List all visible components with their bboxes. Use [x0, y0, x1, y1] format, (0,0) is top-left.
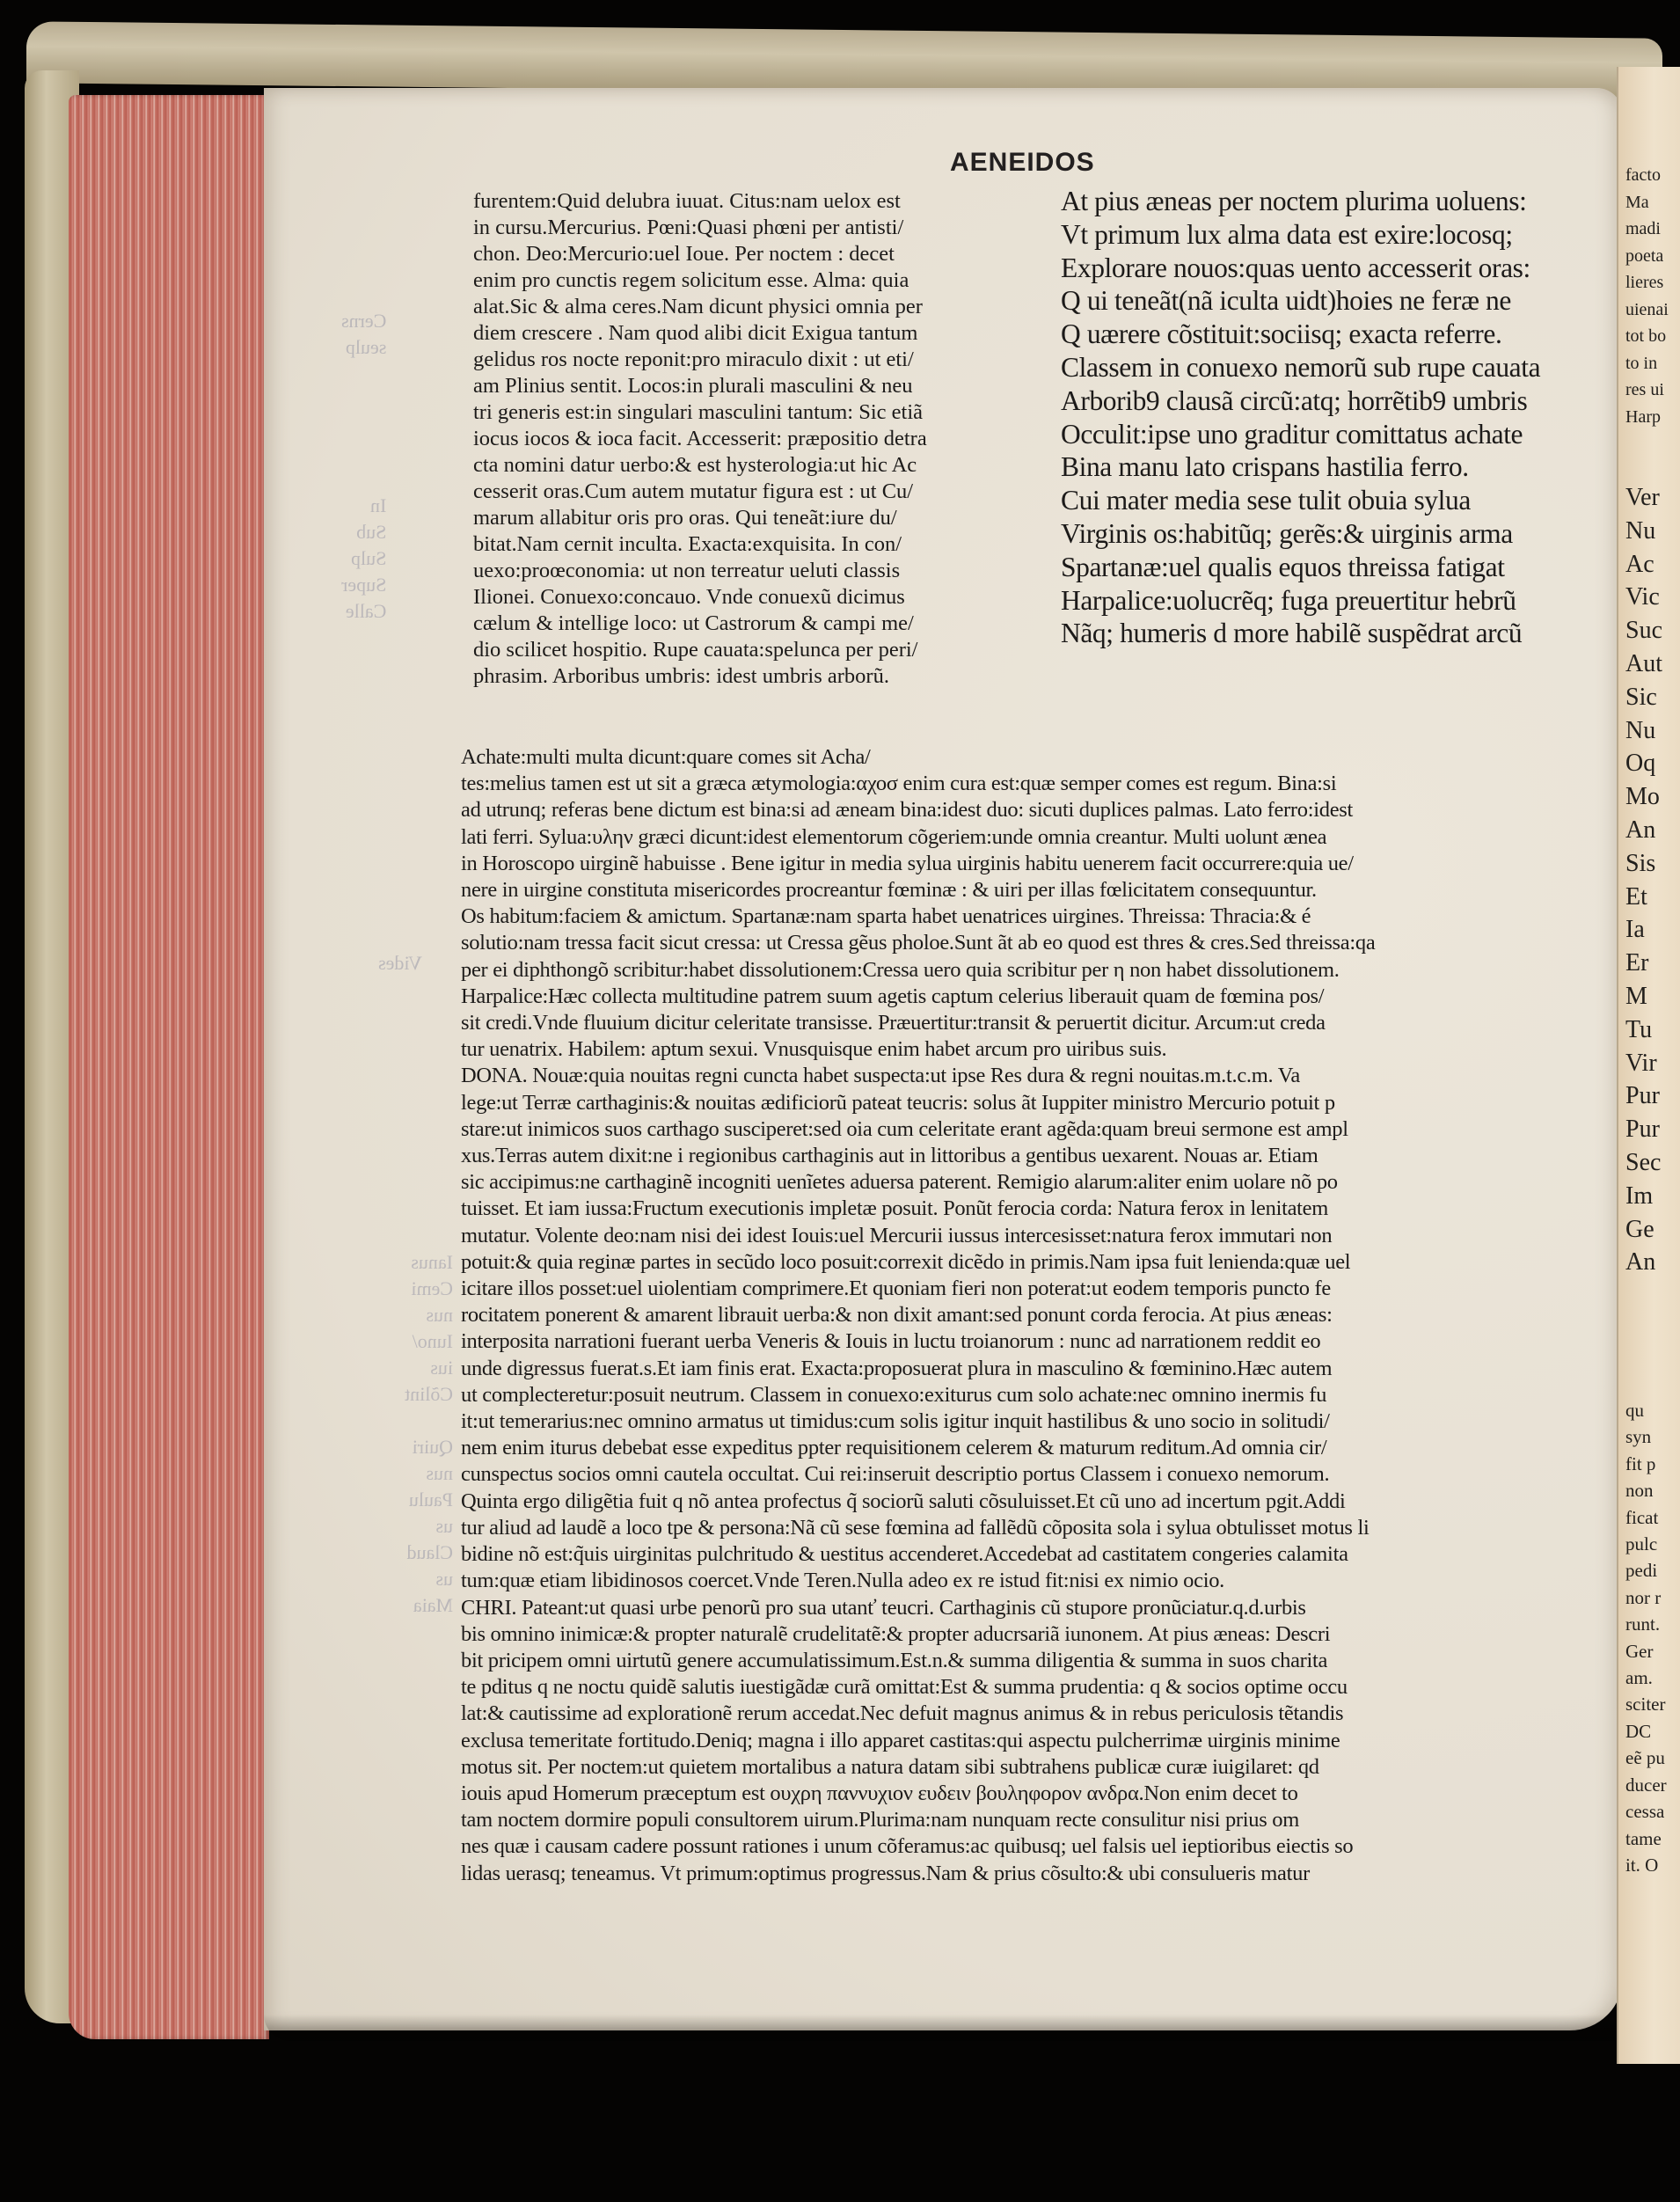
fragment-line: Pur	[1625, 1113, 1662, 1146]
commentary-bottom: Achate:multi multa dicunt:quare comes si…	[461, 744, 1622, 1887]
fragment-line: Ger	[1625, 1638, 1667, 1664]
facing-page-fragments-bottom: qu syn fit p non ficat pulc pedi nor r r…	[1625, 1397, 1667, 1878]
commentary-line: tuisset. Et iam iussa:Fructum executioni…	[461, 1196, 1622, 1222]
verse-line: Q ui teneãt(nã iculta uidt)hoies ne feræ…	[1061, 284, 1624, 318]
fragment-line: runt.	[1625, 1611, 1667, 1637]
fragment-line: it. O	[1625, 1852, 1667, 1878]
fragment-line: Ge	[1625, 1213, 1662, 1247]
fragment-line: lieres	[1625, 269, 1669, 296]
commentary-line: xus.Terras autem dixit:ne i regionibus c…	[461, 1143, 1622, 1169]
fragment-line: Harp	[1625, 404, 1669, 431]
fragment-line: Ia	[1625, 913, 1662, 947]
commentary-line: bis omnino inimicæ:& propter naturalẽ cr…	[461, 1621, 1622, 1648]
verse-line: Nãq; humeris d more habilẽ suspẽdrat arc…	[1061, 617, 1624, 650]
fragment-line: An	[1625, 814, 1662, 847]
commentary-line: te pditus q ne noctu quidẽ salutis iuest…	[461, 1674, 1622, 1701]
verse-line: At pius æneas per noctem plurima uoluens…	[1061, 185, 1624, 218]
fragment-line: facto	[1625, 162, 1669, 189]
fragment-line: am.	[1625, 1664, 1667, 1691]
red-page-edges	[69, 95, 269, 2039]
fragment-line: Mo	[1625, 780, 1662, 814]
commentary-line: nem enim iturus debebat esse expeditus p…	[461, 1435, 1622, 1461]
commentary-line: dio scilicet hospitio. Rupe cauata:spelu…	[473, 637, 1071, 663]
show-through-bottom: Ianus Cemi nus Iuno/ ius Cõlint Quiri nu…	[405, 1249, 453, 1619]
commentary-line: iocus iocos & ioca facit. Accesserit: pr…	[473, 426, 1071, 452]
fragment-line: tot bo	[1625, 323, 1669, 350]
commentary-line: solutio:nam tressa facit sicut cressa: u…	[461, 930, 1622, 956]
commentary-line: Harpalice:Hæc collecta multitudine patre…	[461, 984, 1622, 1010]
show-through-mid: Vides	[378, 950, 422, 977]
ghost-line: Iuno/	[405, 1328, 453, 1355]
ghost-line: seulp	[341, 334, 386, 361]
commentary-line: motus sit. Per noctem:ut quietem mortali…	[461, 1754, 1622, 1781]
fragment-line: Vic	[1625, 581, 1662, 614]
fragment-line: pulc	[1625, 1531, 1667, 1557]
fragment-line: Nu	[1625, 515, 1662, 548]
ghost-line: Sub	[341, 519, 386, 545]
commentary-line: marum allabitur oris pro oras. Qui teneã…	[473, 505, 1071, 531]
commentary-line: lati ferri. Sylua:υλην græci dicunt:ides…	[461, 824, 1622, 851]
ghost-line: Cõlint	[405, 1381, 453, 1408]
fragment-line: Ver	[1625, 481, 1662, 515]
commentary-line: stare:ut inimicos suos carthago susciper…	[461, 1116, 1622, 1143]
commentary-line: alat.Sic & alma ceres.Nam dicunt physici…	[473, 294, 1071, 320]
fragment-line: to in	[1625, 350, 1669, 377]
commentary-line: Quinta ergo diligẽtia fuit q nõ antea pr…	[461, 1489, 1622, 1515]
verse-line: Vt primum lux alma data est exire:locosq…	[1061, 218, 1624, 252]
commentary-line: in Horoscopo uirginẽ habuisse . Bene igi…	[461, 851, 1622, 877]
commentary-line: lege:ut Terræ carthaginis:& nouitas ædif…	[461, 1090, 1622, 1116]
fragment-line: pedi	[1625, 1557, 1667, 1584]
commentary-line: interposita narrationi fuerant uerba Ven…	[461, 1328, 1622, 1355]
fragment-line: ficat	[1625, 1504, 1667, 1531]
facing-page-fragments-top: facto Ma madi poeta lieres uienai tot bo…	[1625, 162, 1669, 430]
verse-line: Spartanæ:uel qualis equos threissa fatig…	[1061, 551, 1624, 584]
fragment-line: fit p	[1625, 1451, 1667, 1477]
commentary-line: Ilionei. Conuexo:concauo. Vnde conuexũ d…	[473, 584, 1071, 611]
show-through-top: Cerns seulp In Sub Sulp Super Calle	[341, 308, 386, 625]
ghost-line: Calle	[341, 598, 386, 625]
ghost-line: us	[405, 1566, 453, 1592]
ghost-line: Cemi	[405, 1276, 453, 1302]
ghost-line: Paulu	[405, 1487, 453, 1513]
ghost-line	[341, 413, 386, 440]
ghost-line: Sulp	[341, 545, 386, 572]
fragment-line: Sis	[1625, 847, 1662, 881]
fragment-line: uienai	[1625, 296, 1669, 324]
fragment-line: res ui	[1625, 377, 1669, 404]
fragment-line: Ma	[1625, 189, 1669, 216]
fragment-line: Suc	[1625, 614, 1662, 647]
ghost-line	[341, 440, 386, 466]
commentary-line: furentem:Quid delubra iuuat. Citus:nam u…	[473, 188, 1071, 215]
fragment-line: Tu	[1625, 1013, 1662, 1047]
fragment-line: Sec	[1625, 1146, 1662, 1180]
commentary-line: bit pricipem omni uirtutũ genere accumul…	[461, 1648, 1622, 1674]
commentary-line: cesserit oras.Cum autem mutatur figura e…	[473, 479, 1071, 505]
commentary-line: tur aliud ad laudẽ a loco tpe & persona:…	[461, 1515, 1622, 1541]
commentary-line: phrasim. Arboribus umbris: idest umbris …	[473, 663, 1071, 690]
ghost-line: In	[341, 493, 386, 519]
commentary-line: tes:melius tamen est ut sit a græca ætym…	[461, 771, 1622, 797]
commentary-line: bidine nõ est:q̃uis uirginitas pulchritu…	[461, 1541, 1622, 1568]
verse-line: Virginis os:habitũq; gerẽs:& uirginis ar…	[1061, 517, 1624, 551]
fragment-line: DC	[1625, 1718, 1667, 1745]
fragment-line: ducer	[1625, 1772, 1667, 1798]
commentary-line: chon. Deo:Mercurio:uel Ioue. Per noctem …	[473, 241, 1071, 267]
commentary-line: bitat.Nam cernit inculta. Exacta:exquisi…	[473, 531, 1071, 558]
verse-line: Q uærere cõstituit:sociisq; exacta refer…	[1061, 318, 1624, 351]
commentary-line: am Plinius sentit. Locos:in plurali masc…	[473, 373, 1071, 399]
ghost-line: Super	[341, 572, 386, 598]
commentary-line: potuit:& quia reginæ partes in secũdo lo…	[461, 1249, 1622, 1276]
commentary-line: lat:& cautissime ad explorationẽ rerum a…	[461, 1701, 1622, 1727]
commentary-line: icitare illos posset:uel uiolentiam comp…	[461, 1276, 1622, 1302]
fragment-line: poeta	[1625, 243, 1669, 270]
verse-line: Bina manu lato crispans hastilia ferro.	[1061, 450, 1624, 484]
commentary-line: DONA. Nouæ:quia nouitas regni cuncta hab…	[461, 1063, 1622, 1089]
commentary-line: tur uenatrix. Habilem: aptum sexui. Vnus…	[461, 1036, 1622, 1063]
commentary-line: iouis apud Homerum præceptum est ουχρη π…	[461, 1781, 1622, 1807]
commentary-line: ut complecteretur:posuit neutrum. Classe…	[461, 1382, 1622, 1408]
fragment-line: An	[1625, 1246, 1662, 1279]
commentary-line: exclusa temeritate fortitudo.Deniq; magn…	[461, 1728, 1622, 1754]
commentary-line: rocitatem ponerent & amarent librauit ue…	[461, 1302, 1622, 1328]
running-head: AENEIDOS	[950, 148, 1095, 178]
commentary-line: tri generis est:in singulari masculini t…	[473, 399, 1071, 426]
verse-line: Harpalice:uolucrẽq; fuga preuertitur heb…	[1061, 584, 1624, 618]
ghost-line: Cerns	[341, 308, 386, 334]
fragment-line: madi	[1625, 216, 1669, 243]
ghost-line	[405, 1408, 453, 1434]
commentary-line: uexo:proœconomia: ut non terreatur uelut…	[473, 558, 1071, 584]
commentary-line: per ei diphthongõ scribitur:habet dissol…	[461, 957, 1622, 984]
fragment-line: eẽ pu	[1625, 1745, 1667, 1771]
ghost-line: Vides	[378, 950, 422, 977]
commentary-line: diem crescere . Nam quod alibi dicit Exi…	[473, 320, 1071, 347]
commentary-line: sic accipimus:ne carthaginẽ incogniti ue…	[461, 1169, 1622, 1196]
fragment-line: Oq	[1625, 747, 1662, 780]
ghost-line	[341, 361, 386, 387]
fragment-line: Ac	[1625, 548, 1662, 582]
fragment-line: Nu	[1625, 714, 1662, 748]
commentary-line: tam noctem dormire populi consultorem ui…	[461, 1807, 1622, 1833]
commentary-line: cælum & intellige loco: ut Castrorum & c…	[473, 611, 1071, 637]
ghost-line: nus	[405, 1460, 453, 1487]
facing-page-fragments-verse: Ver Nu Ac Vic Suc Aut Sic Nu Oq Mo An Si…	[1625, 481, 1662, 1279]
fragment-line: Vir	[1625, 1047, 1662, 1080]
commentary-line: CHRI. Pateant:ut quasi urbe penorũ pro s…	[461, 1595, 1622, 1621]
commentary-line: cta nomini datur uerbo:& est hysterologi…	[473, 452, 1071, 479]
commentary-top: furentem:Quid delubra iuuat. Citus:nam u…	[473, 188, 1071, 690]
commentary-line: cunspectus socios omni cautela occultat.…	[461, 1461, 1622, 1488]
commentary-line: mutatur. Volente deo:nam nisi dei idest …	[461, 1223, 1622, 1249]
verse-line: Occulit:ipse uno graditur comittatus ach…	[1061, 418, 1624, 451]
commentary-line: gelidus ros nocte reponit:pro miraculo d…	[473, 347, 1071, 373]
ghost-line	[341, 387, 386, 413]
ghost-line: Quiri	[405, 1434, 453, 1460]
bottom-page-shadow	[264, 2015, 1636, 2041]
ghost-line: us	[405, 1513, 453, 1540]
fragment-line: Aut	[1625, 647, 1662, 681]
verse-line: Arborib9 clausã circũ:atq; horrẽtib9 umb…	[1061, 384, 1624, 418]
commentary-line: nere in uirgine constituta misericordes …	[461, 877, 1622, 903]
ghost-line: Maia	[405, 1592, 453, 1619]
ghost-line: Ianus	[405, 1249, 453, 1276]
commentary-line: sit credi.Vnde fluuium dicitur celeritat…	[461, 1010, 1622, 1036]
fragment-line: Et	[1625, 881, 1662, 914]
fragment-line: nor r	[1625, 1584, 1667, 1611]
fragment-line: Er	[1625, 947, 1662, 980]
verse-line: Cui mater media sese tulit obuia sylua	[1061, 484, 1624, 517]
fragment-line: syn	[1625, 1423, 1667, 1450]
commentary-line: Os habitum:faciem & amictum. Spartanæ:na…	[461, 903, 1622, 930]
fragment-line: Im	[1625, 1180, 1662, 1213]
commentary-line: in cursu.Mercurius. Pœni:Quasi phœni per…	[473, 215, 1071, 241]
commentary-line: tum:quæ etiam libidinosos coercet.Vnde T…	[461, 1568, 1622, 1594]
fragment-line: non	[1625, 1477, 1667, 1503]
verse-line: Classem in conuexo nemorũ sub rupe cauat…	[1061, 351, 1624, 384]
ghost-line: ius	[405, 1355, 453, 1381]
commentary-line: ad utrunq; referas bene dictum est bina:…	[461, 797, 1622, 823]
ghost-line	[341, 466, 386, 493]
fragment-line: sciter	[1625, 1691, 1667, 1717]
commentary-line: unde digressus fuerat.s.Et iam finis era…	[461, 1356, 1622, 1382]
commentary-line: nes quæ i causam cadere possunt rationes…	[461, 1833, 1622, 1860]
fragment-line: tame	[1625, 1825, 1667, 1852]
ghost-line: Claud	[405, 1540, 453, 1566]
fragment-line: cessa	[1625, 1798, 1667, 1825]
ghost-line: nus	[405, 1302, 453, 1328]
commentary-line: enim pro cunctis regem solicitum esse. A…	[473, 267, 1071, 294]
verse-line: Explorare nouos:quas uento accesserit or…	[1061, 252, 1624, 285]
verse-block: At pius æneas per noctem plurima uoluens…	[1061, 185, 1624, 650]
fragment-line: qu	[1625, 1397, 1667, 1423]
fragment-line: Pur	[1625, 1079, 1662, 1113]
commentary-line: Achate:multi multa dicunt:quare comes si…	[461, 744, 1622, 771]
commentary-line: lidas uerasq; teneamus. Vt primum:optimu…	[461, 1861, 1622, 1887]
fragment-line: Sic	[1625, 681, 1662, 714]
commentary-line: it:ut temerarius:nec omnino armatus ut t…	[461, 1408, 1622, 1435]
fragment-line: M	[1625, 980, 1662, 1013]
